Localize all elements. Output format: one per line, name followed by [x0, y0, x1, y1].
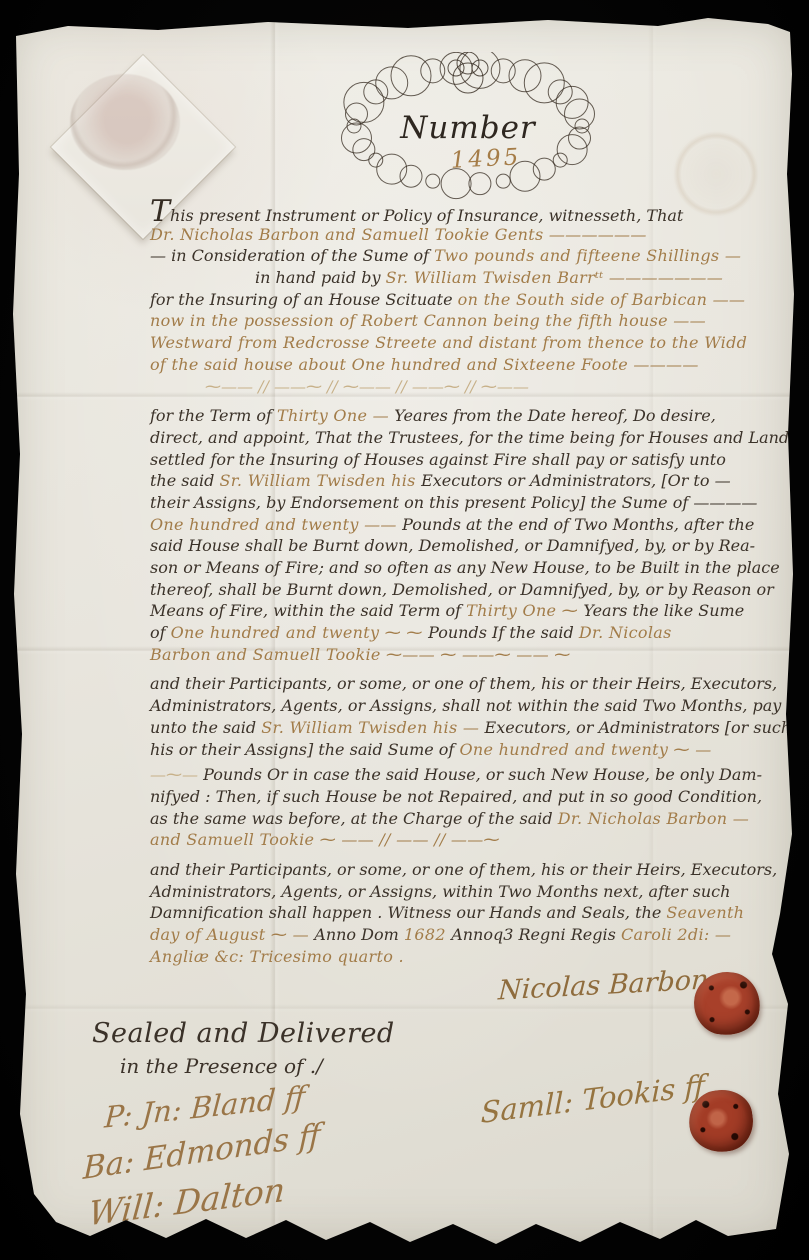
text-line: nifyed : Then, if such House be not Repa…	[150, 786, 782, 808]
handwritten-text: Thirty One —	[277, 406, 394, 425]
text-line: Angliæ &c: Tricesimo quarto .	[150, 946, 782, 968]
handwritten-text: Sr. William Twisden Barrᵗᵗ ———————	[386, 268, 723, 287]
handwritten-text: Barbon and Samuell Tookie ⁓—— ⁓ ——⁓ —— ⁓	[150, 645, 571, 664]
printed-text: Means of Fire, within the said Term of	[150, 601, 466, 620]
handwritten-text: One hundred and twenty ⁓ —	[459, 740, 711, 759]
printed-text: thereof, shall be Burnt down, Demolished…	[150, 580, 774, 599]
text-line: unto the said Sr. William Twisden his — …	[150, 717, 782, 739]
handwritten-text: ⁓—— ∕∕ ——⁓ ∕∕ ⁓—— ∕∕ ——⁓ ∕∕ ⁓——	[205, 377, 529, 396]
text-line: now in the possession of Robert Cannon b…	[150, 310, 782, 332]
text-line: Damnification shall happen . Witness our…	[150, 902, 782, 924]
handwritten-text: Seaventh	[666, 903, 744, 922]
handwritten-text: Two pounds and fifteene Shillings —	[434, 246, 741, 265]
printed-text: direct, and appoint, That the Trustees, …	[150, 428, 802, 447]
handwritten-text: now in the possession of Robert Cannon b…	[150, 311, 706, 330]
printed-text: son or Means of Fire; and so often as an…	[150, 558, 780, 577]
text-line: said House shall be Burnt down, Demolish…	[150, 535, 782, 557]
printed-text: and their Participants, or some, or one …	[150, 674, 777, 693]
policy-document-sheet: Number 1495 This present Instrument or P…	[8, 14, 798, 1246]
handwritten-text: Dr. Nicolas	[579, 623, 672, 642]
handwritten-text: and Samuell Tookie ⁓ —— ∕∕ —— ∕∕ ——⁓	[150, 830, 500, 849]
text-line: the said Sr. William Twisden his Executo…	[150, 470, 782, 492]
text-line: and Samuell Tookie ⁓ —— ∕∕ —— ∕∕ ——⁓	[150, 829, 782, 851]
text-line: of One hundred and twenty ⁓ ⁓ Pounds If …	[150, 622, 782, 644]
text-line: and their Participants, or some, or one …	[150, 859, 782, 881]
text-line: thereof, shall be Burnt down, Demolished…	[150, 579, 782, 601]
text-line: One hundred and twenty —— Pounds at the …	[150, 514, 782, 536]
printed-text: Anno Dom	[314, 925, 404, 944]
text-line: Dr. Nicholas Barbon and Samuell Tookie G…	[150, 224, 782, 246]
text-line: Administrators, Agents, or Assigns, shal…	[150, 695, 782, 717]
cartouche-label: Number	[338, 110, 598, 146]
handwritten-text: One hundred and twenty ⁓ ⁓	[171, 623, 428, 642]
printed-text: his or their Assigns] the said Sume of	[150, 740, 459, 759]
text-line: Means of Fire, within the said Term of T…	[150, 600, 782, 622]
text-line: Westward from Redcrosse Streete and dist…	[150, 332, 782, 354]
attestation-heading: Sealed and Delivered	[92, 1018, 395, 1049]
embossed-seal-impression-icon	[70, 74, 180, 170]
printed-text: Administrators, Agents, or Assigns, shal…	[150, 696, 781, 715]
printed-text: — in Consideration of the Sume of	[150, 246, 434, 265]
printed-text: Administrators, Agents, or Assigns, with…	[150, 882, 730, 901]
photo-backdrop: Number 1495 This present Instrument or P…	[0, 0, 809, 1260]
printed-text: Annoq3 Regni Regis	[451, 925, 621, 944]
handwritten-text: day of August ⁓ —	[150, 925, 314, 944]
text-line: for the Insuring of an House Scituate on…	[150, 289, 782, 311]
handwritten-text: Sr. William Twisden his	[219, 471, 421, 490]
printed-text: Executors, or Administrators [or such	[485, 718, 792, 737]
printed-text: as the same was before, at the Charge of…	[150, 809, 558, 828]
printed-text: and their Participants, or some, or one …	[150, 860, 777, 879]
printed-text: Pounds Or in case the said House, or suc…	[203, 765, 762, 784]
text-line: direct, and appoint, That the Trustees, …	[150, 427, 782, 449]
number-cartouche: Number 1495	[338, 52, 598, 204]
handwritten-text: One hundred and twenty ——	[150, 515, 402, 534]
handwritten-text: Angliæ &c: Tricesimo quarto .	[150, 947, 404, 966]
handwritten-text: on the South side of Barbican ——	[458, 290, 746, 309]
body-lines: This present Instrument or Policy of Ins…	[150, 202, 782, 967]
printed-text: nifyed : Then, if such House be not Repa…	[150, 787, 762, 806]
text-line: ⁓—— ∕∕ ——⁓ ∕∕ ⁓—— ∕∕ ——⁓ ∕∕ ⁓——	[150, 376, 782, 398]
handwritten-text: 1682	[404, 925, 451, 944]
printed-text: the said	[150, 471, 219, 490]
text-line: Barbon and Samuell Tookie ⁓—— ⁓ ——⁓ —— ⁓	[150, 644, 782, 666]
printed-text: Years the like Sume	[583, 601, 744, 620]
text-line: son or Means of Fire; and so often as an…	[150, 557, 782, 579]
handwritten-text: Caroli 2di: —	[621, 925, 731, 944]
printed-text: for the Insuring of an House Scituate	[150, 290, 458, 309]
printed-text: his present Instrument or Policy of Insu…	[170, 206, 683, 225]
handwritten-text: Dr. Nicholas Barbon —	[558, 809, 749, 828]
printed-text: Pounds at the end of Two Months, after t…	[402, 515, 754, 534]
text-line: as the same was before, at the Charge of…	[150, 808, 782, 830]
printed-text: in hand paid by	[255, 268, 386, 287]
corner-mark: B	[38, 1224, 48, 1240]
handwritten-text: —⁓—	[150, 765, 203, 784]
signature-nicolas-barbon: Nicolas Barbon	[497, 964, 709, 1006]
handwritten-text: Sr. William Twisden his —	[261, 718, 484, 737]
printed-text: their Assigns, by Endorsement on this pr…	[150, 493, 757, 512]
text-line: day of August ⁓ — Anno Dom 1682 Annoq3 R…	[150, 924, 782, 946]
printed-text: unto the said	[150, 718, 261, 737]
printed-text: Damnification shall happen . Witness our…	[150, 903, 666, 922]
horizontal-fold-crease	[8, 1004, 798, 1013]
text-line: This present Instrument or Policy of Ins…	[150, 202, 782, 224]
text-line: his or their Assigns] the said Sume of O…	[150, 739, 782, 761]
printed-text: Executors or Administrators, [Or to —	[421, 471, 730, 490]
printed-text: said House shall be Burnt down, Demolish…	[150, 536, 755, 555]
printed-text: for the Term of	[150, 406, 277, 425]
text-line: in hand paid by Sr. William Twisden Barr…	[150, 267, 782, 289]
printed-text: of	[150, 623, 171, 642]
attestation-subheading: in the Presence of ./	[120, 1054, 323, 1078]
handwritten-text: Westward from Redcrosse Streete and dist…	[150, 333, 747, 352]
text-line: Administrators, Agents, or Assigns, with…	[150, 881, 782, 903]
text-line: settled for the Insuring of Houses again…	[150, 449, 782, 471]
signature-samuel-tookie: Samll: Tookis ff	[481, 1068, 706, 1130]
handwritten-text: Dr. Nicholas Barbon and Samuell Tookie G…	[150, 225, 647, 244]
handwritten-text: Thirty One ⁓	[466, 601, 583, 620]
printed-text: Yeares from the Date hereof, Do desire,	[394, 406, 716, 425]
printed-text: settled for the Insuring of Houses again…	[150, 450, 726, 469]
text-line: their Assigns, by Endorsement on this pr…	[150, 492, 782, 514]
text-line: and their Participants, or some, or one …	[150, 673, 782, 695]
text-line: for the Term of Thirty One — Yeares from…	[150, 405, 782, 427]
text-line: — in Consideration of the Sume of Two po…	[150, 245, 782, 267]
printed-text: Pounds If the said	[428, 623, 579, 642]
text-line: of the said house about One hundred and …	[150, 354, 782, 376]
text-line: —⁓— Pounds Or in case the said House, or…	[150, 764, 782, 786]
handwritten-text: of the said house about One hundred and …	[150, 355, 699, 374]
